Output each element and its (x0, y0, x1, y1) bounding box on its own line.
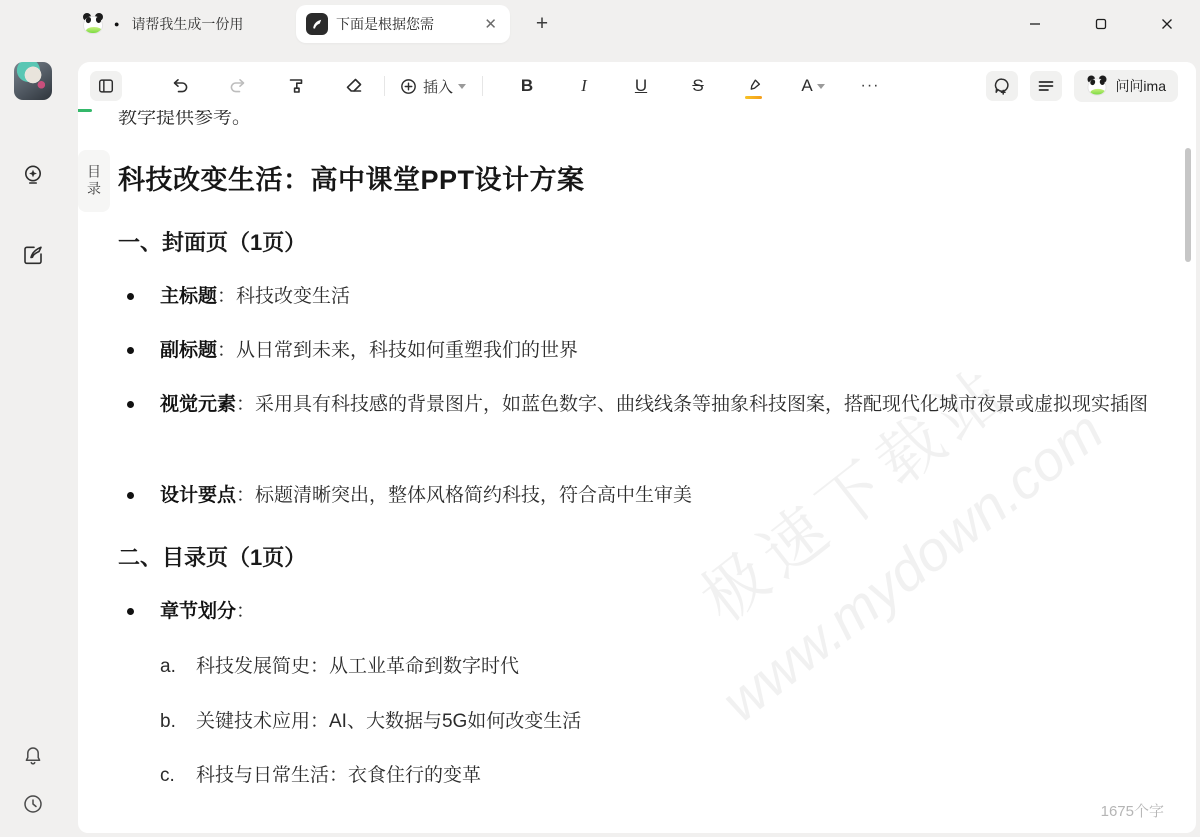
highlight-color-button[interactable] (740, 71, 768, 101)
new-tab-button[interactable]: + (528, 10, 556, 38)
sidebar-toggle-icon[interactable] (90, 71, 122, 101)
bullet-item: 副标题：从日常到未来，科技如何重塑我们的世界 (118, 338, 1160, 363)
italic-button[interactable]: I (571, 71, 597, 101)
ask-ima-panda-icon (1087, 76, 1108, 97)
close-button[interactable] (1134, 0, 1200, 48)
vertical-scrollbar-thumb[interactable] (1185, 148, 1191, 262)
strikethrough-button[interactable]: S (685, 71, 711, 101)
add-comment-icon[interactable] (986, 71, 1018, 101)
section1-heading: 一、封面页（1页） (118, 226, 1160, 257)
align-list-icon[interactable] (1030, 71, 1062, 101)
history-clock-icon[interactable] (16, 787, 50, 821)
word-count: 1675个字 (1101, 800, 1164, 821)
font-color-caret-icon (817, 84, 825, 89)
bullet-item: 视觉元素：采用具有科技感的背景图片，如蓝色数字、曲线线条等抽象科技图案，搭配现代… (118, 392, 1160, 424)
panda-app-icon (82, 13, 104, 35)
left-rail (0, 48, 78, 837)
idea-bulb-icon[interactable] (16, 158, 50, 192)
bullet-dot (127, 293, 134, 300)
minimize-button[interactable] (1002, 0, 1068, 48)
editor-panel: 插入 B I U S A ··· (78, 62, 1196, 833)
maximize-button[interactable] (1068, 0, 1134, 48)
bullet-dot (127, 608, 134, 615)
insert-button[interactable]: 插入 (399, 76, 466, 97)
toc-button[interactable]: 目录 (78, 150, 110, 212)
document-title: 科技改变生活：高中课堂PPT设计方案 (118, 158, 1160, 197)
bullet-item: 设计要点：标题清晰突出，整体风格简约科技，符合高中生审美 (118, 483, 1160, 508)
pen-doc-icon (306, 13, 328, 35)
clear-format-eraser-icon[interactable] (340, 71, 368, 101)
ask-ima-button[interactable]: 问问ima (1074, 70, 1178, 102)
unsaved-dot: ● (114, 19, 119, 29)
bullet-dot (127, 347, 134, 354)
tab-chat[interactable]: ● 请帮我生成一份用 (82, 5, 290, 43)
more-options-button[interactable]: ··· (856, 71, 884, 101)
insert-label: 插入 (423, 76, 453, 97)
title-bar: ● 请帮我生成一份用 下面是根据您需 ✕ + (0, 0, 1200, 48)
ask-ima-label: 问问ima (1115, 76, 1166, 96)
window-controls (1002, 0, 1200, 48)
bold-button[interactable]: B (514, 71, 540, 101)
format-painter-icon[interactable] (282, 71, 310, 101)
section2-heading: 二、目录页（1页） (118, 541, 1160, 572)
compose-icon[interactable] (16, 238, 50, 272)
bullet-dot (127, 401, 134, 408)
tab-document-active[interactable]: 下面是根据您需 ✕ (296, 5, 510, 43)
list-item: b. 关键技术应用：AI、大数据与5G如何改变生活 (118, 709, 1160, 734)
bullet-item: 主标题：科技改变生活 (118, 284, 1160, 309)
bullet-dot (127, 492, 134, 499)
document-body[interactable]: 教学提供参考。 目录 科技改变生活：高中课堂PPT设计方案 一、封面页（1页） … (78, 62, 1196, 833)
bullet-item: 章节划分： (118, 599, 1160, 624)
tab-document-label: 下面是根据您需 (336, 14, 479, 34)
highlight-color-swatch (745, 96, 762, 99)
underline-button[interactable]: U (628, 71, 654, 101)
font-color-swatch (78, 109, 92, 112)
undo-icon[interactable] (166, 71, 194, 101)
insert-caret-icon (458, 84, 466, 89)
font-color-button[interactable]: A (794, 71, 832, 101)
redo-icon[interactable] (224, 71, 252, 101)
user-avatar[interactable] (14, 62, 52, 100)
tab-close-icon[interactable]: ✕ (479, 13, 502, 35)
notifications-bell-icon[interactable] (16, 739, 50, 773)
tab-chat-label: 请帮我生成一份用 (131, 14, 243, 34)
list-item: a. 科技发展简史：从工业革命到数字时代 (118, 654, 1160, 679)
list-item: c. 科技与日常生活：衣食住行的变革 (118, 763, 1160, 788)
editor-toolbar: 插入 B I U S A ··· (78, 62, 1196, 110)
